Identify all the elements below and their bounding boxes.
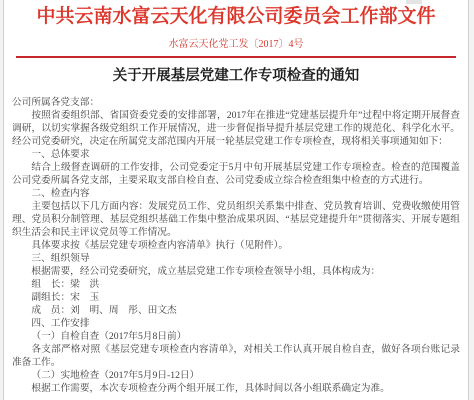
body-paragraph: 结合上级督查调研的工作安排，公司党委定于5月中旬开展基层党建工作专项检查。检查的…: [12, 161, 460, 187]
body-paragraph: 根据需要，经公司党委研究，成立基层党建工作专项检查领导小组，具体构成为：: [12, 265, 460, 278]
leader-name-line: 组 长：梁 洪: [12, 278, 460, 291]
doc-number: 水富云天化党工发〔2017〕4号: [12, 39, 460, 51]
body-paragraph: 根据工作需要，本次专项检查分两个组开展工作，具体时间以各小组联系确定为准。: [12, 382, 460, 395]
document-title: 关于开展基层党建工作专项检查的通知: [12, 67, 460, 85]
document-body: 公司所属各党支部： 按照省委组织部、省国资委党委的安排部署，2017年在推进“党…: [12, 96, 460, 395]
body-paragraph: 各支部严格对照《基层党建专项检查内容清单》，对相关工作认真开展自检自查，做好各项…: [12, 343, 460, 369]
section-heading: 二、检查内容: [12, 187, 460, 200]
cropped-corner-artifact: [406, 0, 422, 4]
red-header-org-title: 中共云南水富云天化有限公司委员会工作部文件: [12, 5, 460, 29]
document-page: 中共云南水富云天化有限公司委员会工作部文件 水富云天化党工发〔2017〕4号 关…: [3, 0, 469, 400]
section-heading: 一、总体要求: [12, 148, 460, 161]
section-heading: 四、工作安排: [12, 317, 460, 330]
body-paragraph: 按照省委组织部、省国资委党委的安排部署，2017年在推进“党建基层提升年”过程中…: [12, 109, 460, 148]
body-paragraph: （二）实地检查（2017年5月9日-12日）: [12, 369, 460, 382]
salutation: 公司所属各党支部：: [12, 96, 460, 109]
body-paragraph: （一）自检自查（2017年5月8日前）: [12, 330, 460, 343]
red-divider-line: [16, 56, 456, 58]
leader-name-line: 成 员：刘 明、周 彤、田文杰: [12, 304, 460, 317]
body-paragraph: 主要包括以下几方面内容：发展党员工作、党员组织关系集中排查、党员教育培训、党费收…: [12, 200, 460, 239]
section-heading: 三、组织领导: [12, 252, 460, 265]
body-paragraph: 具体要求按《基层党建专项检查内容清单》执行（见附件）。: [12, 239, 460, 252]
leader-name-line: 副组长：宋 玉: [12, 291, 460, 304]
